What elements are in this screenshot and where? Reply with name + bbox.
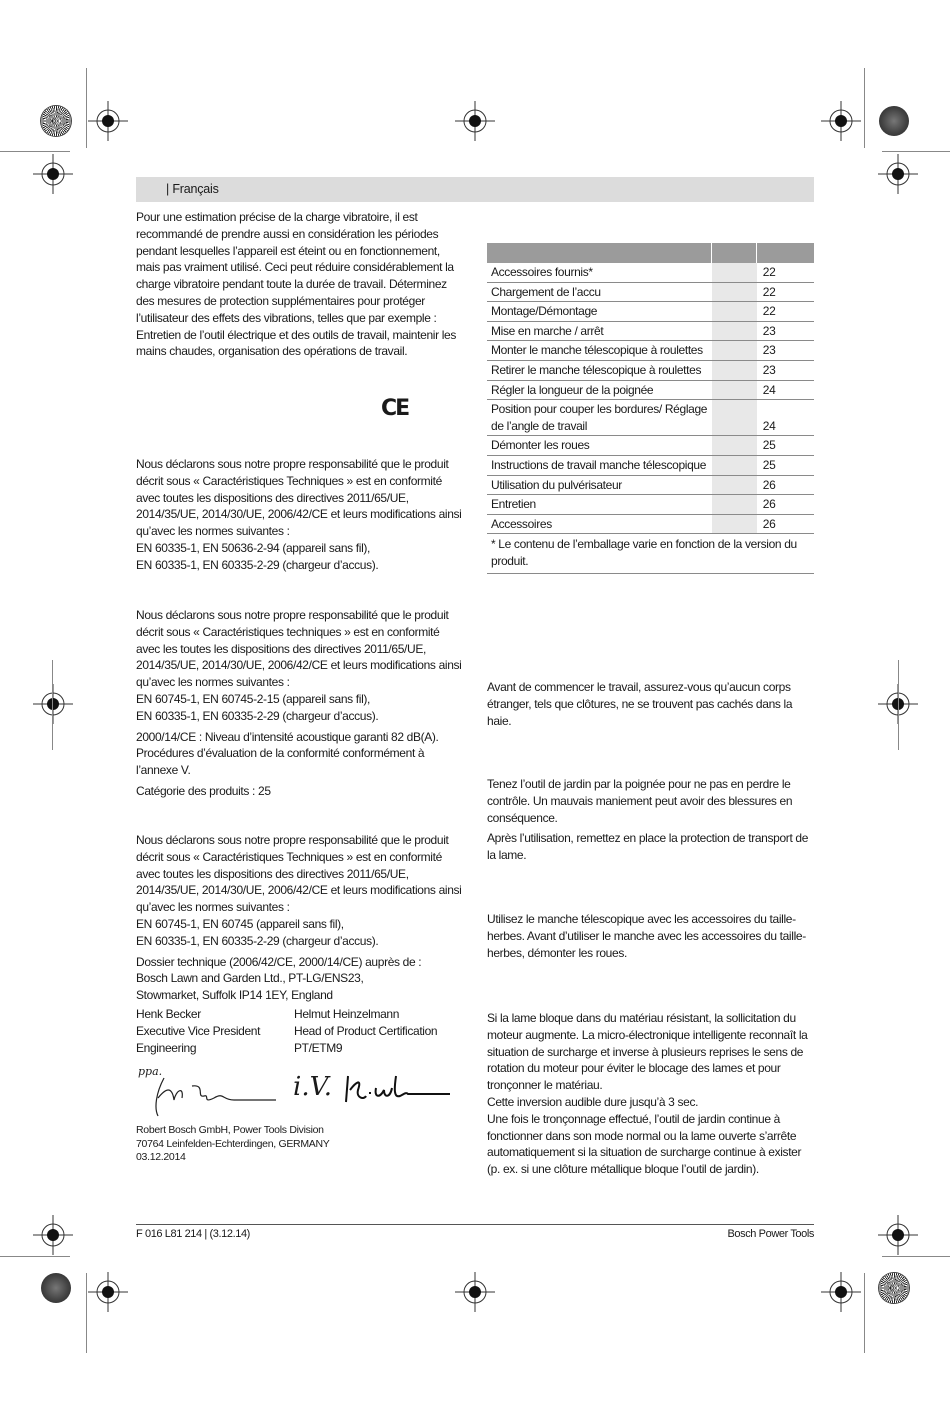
table-row: Accessoires fournis*22 [487,263,814,282]
toc-spacer [712,302,757,322]
toc-label: Position pour couper les bordures/ Régla… [487,400,712,436]
registration-mark-icon [821,1272,861,1312]
signature-becker-icon [144,1068,279,1118]
toc-spacer [712,263,757,282]
trim-line [882,1256,950,1257]
declaration-3-norm-2: EN 60335-1, EN 60335-2-29 (chargeur d’ac… [136,933,466,950]
toc-label: Démonter les roues [487,436,712,456]
registration-mark-icon [821,101,861,141]
toc-page: 26 [757,475,814,495]
trim-line [0,1256,70,1257]
toc-page: 22 [757,282,814,302]
toc-label: Mise en marche / arrêt [487,321,712,341]
toc-label: Retirer le manche télescopique à roulett… [487,360,712,380]
table-row: Accessoires26 [487,514,814,534]
declaration-2-category: Catégorie des produits : 25 [136,783,466,800]
table-row: Instructions de travail manche télescopi… [487,455,814,475]
table-footnote-row: * Le contenu de l’emballage varie en fon… [487,534,814,573]
toc-label: Instructions de travail manche télescopi… [487,455,712,475]
signatory-2-title-2: PT/ETM9 [294,1040,469,1057]
toc-label: Utilisation du pulvérisateur [487,475,712,495]
dossier-line-2: Bosch Lawn and Garden Ltd., PT-LG/ENS23, [136,970,466,987]
signatory-1-title-1: Executive Vice President [136,1023,296,1040]
toc-page: 24 [757,400,814,436]
section-language-label: | Français [166,182,219,196]
trim-line [882,151,950,152]
company-line-2: 70764 Leinfelden-Echterdingen, GERMANY [136,1138,466,1152]
toc-spacer [712,321,757,341]
declaration-2-norm-2: EN 60335-1, EN 60335-2-29 (chargeur d’ac… [136,708,466,725]
toc-label: Accessoires fournis* [487,263,712,282]
toc-label: Chargement de l’accu [487,282,712,302]
registration-mark-icon [878,154,918,194]
declaration-3-text: Nous déclarons sous notre propre respons… [136,832,466,916]
blocking-text: Si la lame bloque dans du matériau résis… [487,1010,815,1094]
toc-label: Accessoires [487,514,712,534]
signature-iv: i.V. [293,1072,332,1102]
declaration-2-text: Nous déclarons sous notre propre respons… [136,607,466,691]
declaration-1-text: Nous déclarons sous notre propre respons… [136,456,466,540]
footer-divider [136,1224,814,1225]
toc-spacer [712,495,757,515]
table-header-row [487,243,814,263]
table-row: Mise en marche / arrêt23 [487,321,814,341]
toc-spacer [712,455,757,475]
after-use-text: Après l’utilisation, remettez en place l… [487,830,815,864]
trim-line [0,151,70,152]
declaration-2: Nous déclarons sous notre propre respons… [136,607,466,800]
table-header-cell [487,243,712,263]
toc-page: 26 [757,514,814,534]
declaration-2-norm-1: EN 60745-1, EN 60745-2-15 (appareil sans… [136,691,466,708]
registration-mark-icon [33,684,73,724]
company-date: 03.12.2014 [136,1151,466,1165]
toc-spacer [712,380,757,400]
toc-page: 22 [757,263,814,282]
after-cut-text: Une fois le tronçonnage effectué, l’outi… [487,1111,815,1178]
toc-label: Entretien [487,495,712,515]
table-row: Position pour couper les bordures/ Régla… [487,400,814,436]
table-row: Montage/Démontage22 [487,302,814,322]
registration-mark-icon [88,101,128,141]
table-row: Utilisation du pulvérisateur26 [487,475,814,495]
telescopic-paragraph: Utilisez le manche télescopique avec les… [487,911,815,961]
trim-line [864,68,865,148]
registration-mark-icon [878,1215,918,1255]
color-bar-disk-icon [41,1273,71,1303]
trim-line [864,1273,865,1353]
trim-line [86,68,87,148]
declaration-1-norm-1: EN 60335-1, EN 50636-2-94 (appareil sans… [136,540,466,557]
declaration-3: Nous déclarons sous notre propre respons… [136,832,466,1004]
table-row: Entretien26 [487,495,814,515]
registration-mark-icon [88,1272,128,1312]
toc-page: 23 [757,321,814,341]
table-header-cell [757,243,814,263]
table-row: Régler la longueur de la poignée24 [487,380,814,400]
color-bar-disk-icon [879,106,909,136]
toc-label: Monter le manche télescopique à roulette… [487,341,712,361]
toc-page: 24 [757,380,814,400]
table-row: Retirer le manche télescopique à roulett… [487,360,814,380]
company-line-1: Robert Bosch GmbH, Power Tools Division [136,1124,466,1138]
trim-line [898,660,899,750]
table-footnote: * Le contenu de l’emballage varie en fon… [487,534,814,573]
signatures: ppa. i.V. [136,1060,456,1120]
table-row: Monter le manche télescopique à roulette… [487,341,814,361]
trim-line [52,660,53,750]
signatory-1: Henk Becker Executive Vice President Eng… [136,1006,296,1056]
toc-spacer [712,475,757,495]
toc-label: Régler la longueur de la poignée [487,380,712,400]
declaration-1: Nous déclarons sous notre propre respons… [136,456,466,574]
registration-mark-icon [33,1215,73,1255]
toc-spacer [712,514,757,534]
toc-page: 26 [757,495,814,515]
signature-heinzelmann-icon [344,1070,454,1110]
footer-doc-ref: F 016 L81 214 | (3.12.14) [136,1228,250,1240]
hold-tool-text: Tenez l’outil de jardin par la poignée p… [487,776,815,826]
foreign-bodies-text: Avant de commencer le travail, assurez-v… [487,679,815,729]
toc-spacer [712,360,757,380]
ce-mark-icon: CE [381,396,408,421]
signatory-2: Helmut Heinzelmann Head of Product Certi… [294,1006,469,1056]
toc-page: 23 [757,341,814,361]
toc-page: 25 [757,436,814,456]
declaration-1-norm-2: EN 60335-1, EN 60335-2-29 (chargeur d’ac… [136,557,466,574]
toc-spacer [712,341,757,361]
signatory-1-title-2: Engineering [136,1040,296,1057]
contents-table: Accessoires fournis*22Chargement de l’ac… [487,243,814,574]
color-bar-disk-icon [41,106,71,136]
trim-line [86,1273,87,1353]
vibration-paragraph: Pour une estimation précise de la charge… [136,209,466,360]
vibration-text: Pour une estimation précise de la charge… [136,209,466,360]
registration-mark-icon [33,154,73,194]
foreign-bodies-paragraph: Avant de commencer le travail, assurez-v… [487,679,815,729]
toc-spacer [712,282,757,302]
toc-label: Montage/Démontage [487,302,712,322]
table-header-cell [712,243,757,263]
inversion-text: Cette inversion audible dure jusqu’à 3 s… [487,1094,815,1111]
toc-page: 23 [757,360,814,380]
blocking-section: Si la lame bloque dans du matériau résis… [487,1010,815,1178]
registration-mark-icon [455,101,495,141]
toc-page: 25 [757,455,814,475]
signatory-2-title-1: Head of Product Certification [294,1023,469,1040]
section-header-bar: | Français [136,177,814,202]
signatory-1-name: Henk Becker [136,1006,296,1023]
declaration-3-norm-1: EN 60745-1, EN 60745 (appareil sans fil)… [136,916,466,933]
dossier-line-1: Dossier technique (2006/42/CE, 2000/14/C… [136,954,466,971]
hold-tool-section: Tenez l’outil de jardin par la poignée p… [487,776,815,864]
toc-spacer [712,400,757,436]
registration-mark-icon [455,1272,495,1312]
table-row: Démonter les roues25 [487,436,814,456]
telescopic-text: Utilisez le manche télescopique avec les… [487,911,815,961]
toc-page: 22 [757,302,814,322]
signatory-2-name: Helmut Heinzelmann [294,1006,469,1023]
company-address: Robert Bosch GmbH, Power Tools Division … [136,1124,466,1165]
table-row: Chargement de l’accu22 [487,282,814,302]
declaration-2-noise: 2000/14/CE : Niveau d’intensité acoustiq… [136,729,466,779]
toc-spacer [712,436,757,456]
color-bar-disk-icon [879,1273,909,1303]
footer-brand: Bosch Power Tools [727,1228,814,1240]
dossier-line-3: Stowmarket, Suffolk IP14 1EY, England [136,987,466,1004]
